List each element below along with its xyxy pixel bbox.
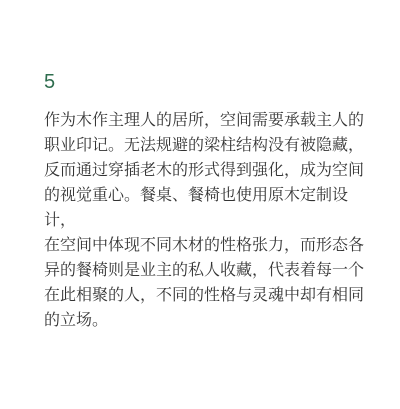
article-paragraph: 作为木作主理人的居所，空间需要承载主人的 职业印记。无法规避的梁柱结构没有被隐藏… [44,108,370,333]
section-number: 5 [44,70,370,94]
article-page: 5 作为木作主理人的居所，空间需要承载主人的 职业印记。无法规避的梁柱结构没有被… [0,0,400,409]
